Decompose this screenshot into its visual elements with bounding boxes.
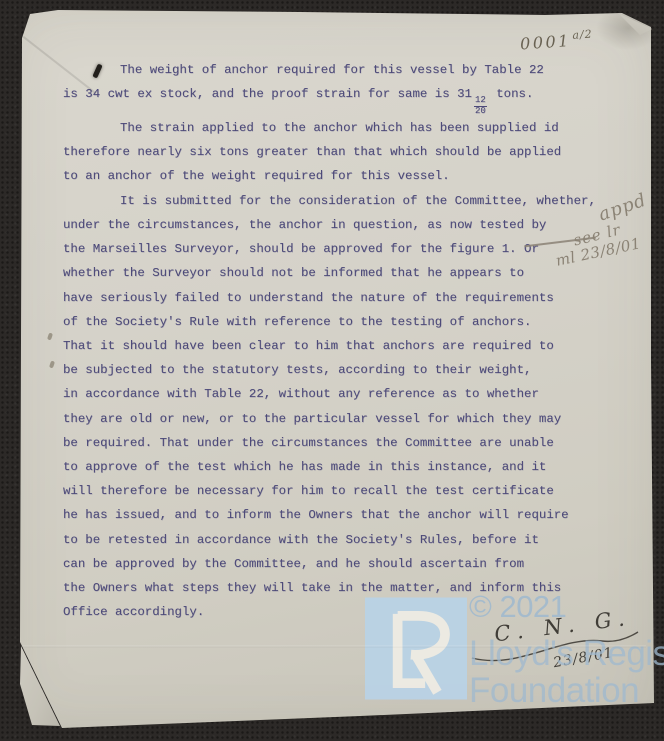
typed-line: they are old or new, or to the particula… [63,407,583,431]
page-number-suffix: a/2 [572,27,593,41]
typed-line: to approve of the test which he has made… [63,455,583,479]
typed-line: It is submitted for the consideration of… [63,189,583,213]
typed-line: The strain applied to the anchor which h… [63,116,583,140]
typed-line: of the Society's Rule with reference to … [63,310,583,334]
typed-line: to an anchor of the weight required for … [63,164,583,188]
typed-line: whether the Surveyor should not be infor… [63,261,583,285]
typed-line: be subjected to the statutory tests, acc… [63,358,583,382]
fraction: 1220 [474,96,487,116]
typed-line: is 34 cwt ex stock, and the proof strain… [63,82,583,116]
typed-line: the Marseilles Surveyor, should be appro… [63,237,583,261]
typed-line: to be retested in accordance with the So… [63,528,583,552]
typed-line: The weight of anchor required for this v… [63,58,583,82]
typed-line: That it should have been clear to him th… [63,334,583,358]
corner-shadow [596,6,660,50]
typed-line: the Owners what steps they will take in … [63,576,583,600]
typed-line: be required. That under the circumstance… [63,431,583,455]
typed-line: under the circumstances, the anchor in q… [63,213,583,237]
typed-document: The weight of anchor required for this v… [63,58,583,624]
scan-background: 0001a/2 The weight of anchor required fo… [0,0,664,741]
typed-line: can be approved by the Committee, and he… [63,552,583,576]
typed-line: he has issued, and to inform the Owners … [63,503,583,527]
typed-line: will therefore be necessary for him to r… [63,479,583,503]
page-number-main: 0001 [519,31,571,53]
typed-line: in accordance with Table 22, without any… [63,382,583,406]
typed-line: have seriously failed to understand the … [63,286,583,310]
typed-line: therefore nearly six tons greater than t… [63,140,583,164]
